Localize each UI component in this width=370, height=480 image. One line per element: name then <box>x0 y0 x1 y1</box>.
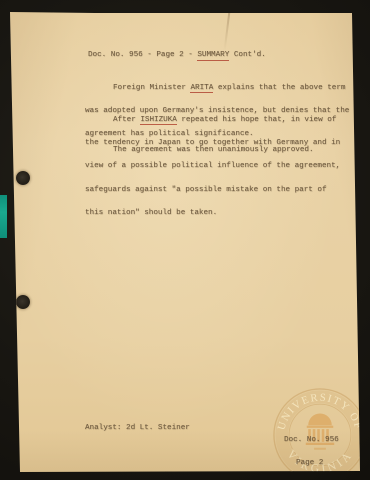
doc-header: Doc. No. 956 - Page 2 - SUMMARY Cont'd. <box>88 52 266 60</box>
doc-header-prefix: Doc. No. 956 - Page 2 - <box>88 51 197 59</box>
paragraph-line: Foreign Minister ARITA explains that the… <box>85 85 349 93</box>
line-text: Foreign Minister <box>113 84 190 92</box>
paper-crease <box>224 11 231 51</box>
hole-punch-bottom <box>16 295 30 309</box>
document-paper: Doc. No. 956 - Page 2 - SUMMARY Cont'd. … <box>0 0 370 480</box>
paragraph-line: this nation" should be taken. <box>85 210 340 218</box>
underlined-name-arita: ARITA <box>190 84 213 94</box>
doc-ref-stamp: Doc. No. 956 Page 2 <box>284 421 339 480</box>
doc-header-suffix: Cont'd. <box>229 51 265 59</box>
paragraph-ishizuka: After ISHIZUKA repeated his hope that, i… <box>85 101 340 234</box>
analyst-line: Analyst: 2d Lt. Steiner <box>85 425 190 433</box>
paragraph-line: view of a possible political influence o… <box>85 163 340 171</box>
doc-ref-number: Doc. No. 956 <box>284 437 339 445</box>
scanner-background: Doc. No. 956 - Page 2 - SUMMARY Cont'd. … <box>0 0 370 480</box>
scanner-edge-strip <box>0 195 7 238</box>
underlined-name-ishizuka: ISHIZUKA <box>140 116 176 126</box>
paragraph-line: safeguards against "a possible mistake o… <box>85 187 340 195</box>
line-text: After <box>113 116 140 124</box>
line-text: explains that the above term <box>213 84 345 92</box>
paragraph-line: After ISHIZUKA repeated his hope that, i… <box>85 117 340 125</box>
hole-punch-top <box>16 171 30 185</box>
line-text: repeated his hope that, in view of <box>177 116 337 124</box>
doc-header-emphasized-term: SUMMARY <box>197 51 229 61</box>
paragraph-approval: The agreement was then unanimously appro… <box>85 147 314 155</box>
doc-ref-page: Page 2 <box>284 460 339 468</box>
